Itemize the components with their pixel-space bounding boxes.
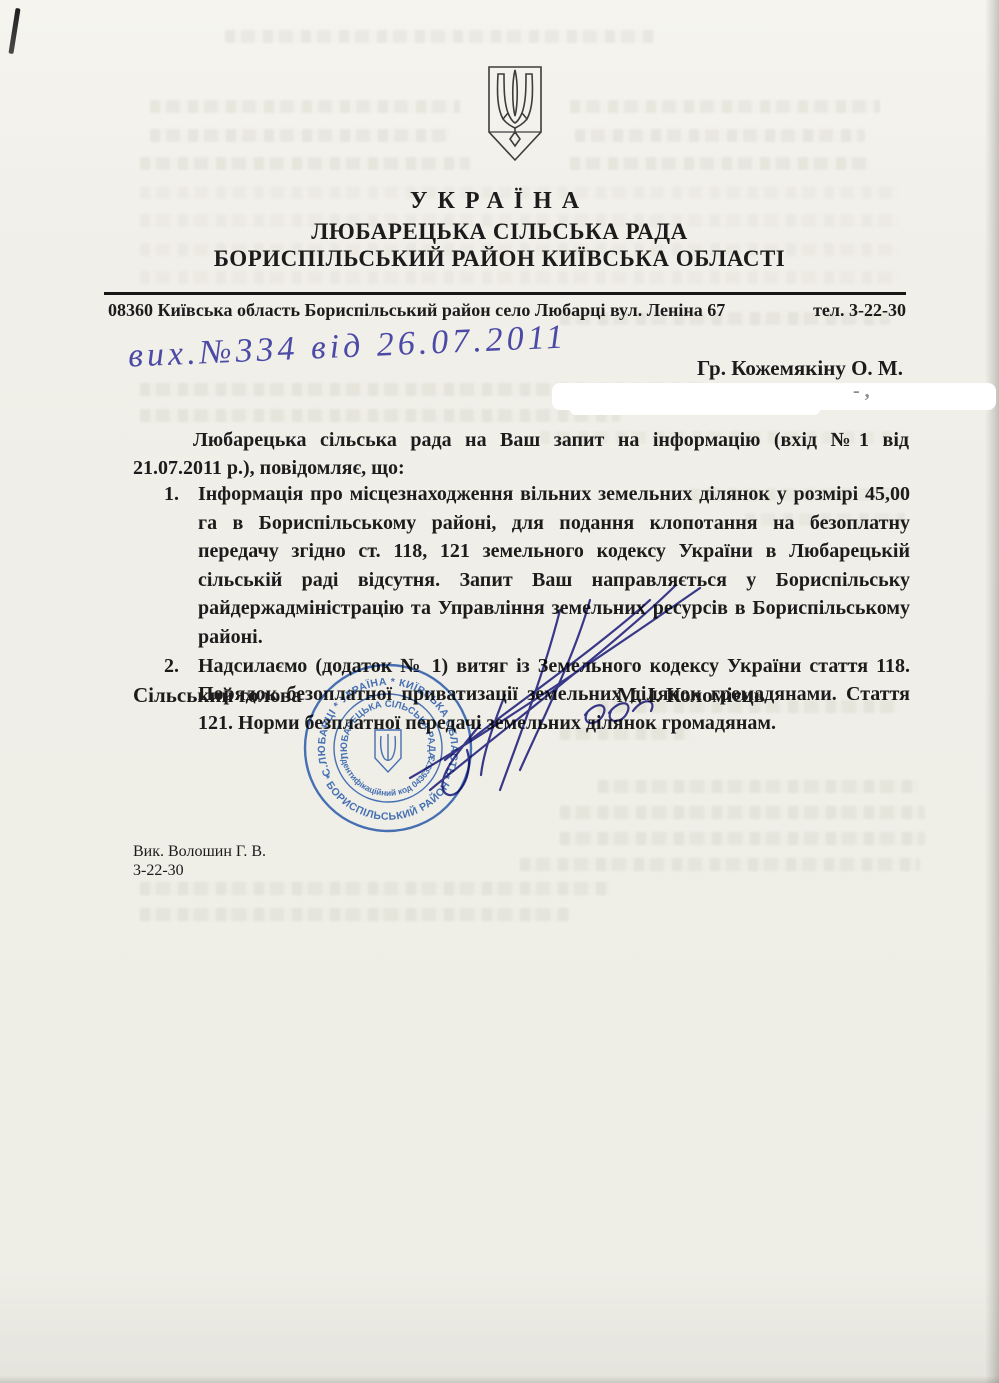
bleedthrough-line <box>560 832 925 845</box>
list-item-number: 2. <box>164 652 198 681</box>
list-item-number: 1. <box>164 480 198 509</box>
recipient-line: Гр. Кожемякіну О. М. <box>697 356 903 381</box>
header-divider <box>104 292 906 295</box>
bleedthrough-line <box>225 30 655 43</box>
bleedthrough-line <box>140 409 620 422</box>
scanned-letter-page: УКРАЇНА ЛЮБАРЕЦЬКА СІЛЬСЬКА РАДА БОРИСПІ… <box>0 0 999 1383</box>
bleedthrough-line <box>570 157 870 170</box>
bleedthrough-line <box>520 858 920 871</box>
letterhead-council: ЛЮБАРЕЦЬКА СІЛЬСЬКА РАДА <box>0 219 999 245</box>
letter-intro-paragraph: Любарецька сільська рада на Ваш запит на… <box>133 426 909 482</box>
bleedthrough-line <box>140 908 570 921</box>
bleedthrough-line <box>140 882 610 895</box>
bleedthrough-line <box>140 157 470 170</box>
signer-position-title: Сільський голова <box>133 683 302 708</box>
handwritten-outgoing-number: вих.№334 від 26.07.2011 <box>127 318 568 375</box>
bleedthrough-line <box>150 100 460 113</box>
trident-emblem-icon <box>483 64 547 169</box>
executor-phone: 3-22-30 <box>133 861 266 880</box>
bleedthrough-line <box>570 100 880 113</box>
executor-block: Вик. Волошин Г. В. 3-22-30 <box>133 842 266 880</box>
letterhead-phone: тел. 3-22-30 <box>813 300 906 321</box>
executor-name: Вик. Волошин Г. В. <box>133 842 266 861</box>
letterhead-region: БОРИСПІЛЬСЬКИЙ РАЙОН КИЇВСЬКА ОБЛАСТІ <box>0 246 999 272</box>
bleedthrough-line <box>575 129 865 142</box>
bleedthrough-line <box>150 129 450 142</box>
scan-edge-shadow-bottom <box>0 1376 999 1383</box>
letterhead-country: УКРАЇНА <box>0 188 999 215</box>
pen-mark <box>8 8 20 54</box>
letterhead-address: 08360 Київська область Бориспільський ра… <box>108 300 725 321</box>
redaction-residual-mark: - , <box>853 380 870 403</box>
signature-ink-strokes <box>385 565 725 820</box>
bleedthrough-line <box>140 271 900 284</box>
redaction-whiteout <box>570 404 820 415</box>
